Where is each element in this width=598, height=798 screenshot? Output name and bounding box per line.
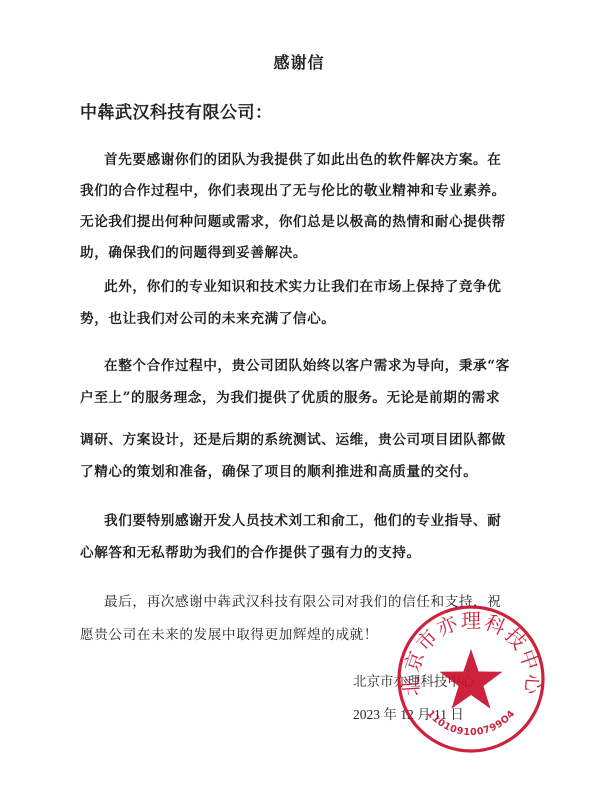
body-line: 首先要感谢你们的团队为我提供了如此出色的软件解决方案。在 bbox=[104, 148, 501, 168]
body-line: 调研、方案设计，还是后期的系统测试、运维，贵公司项目团队都做 bbox=[80, 428, 506, 448]
body-line: 助，确保我们的问题得到妥善解决。 bbox=[80, 241, 307, 261]
signature-organization: 北京市亦理科技中心 bbox=[353, 670, 475, 690]
body-line: 我们的合作过程中，你们表现出了无与伦比的敬业精神和专业素养。 bbox=[80, 179, 506, 199]
body-line: 此外，你们的专业知识和技术实力让我们在市场上保持了竞争优 bbox=[104, 275, 501, 295]
body-line: 在整个合作过程中，贵公司团队始终以客户需求为导向，秉承“客 bbox=[104, 354, 510, 374]
body-line: 心解答和无私帮助为我们的合作提供了强有力的支持。 bbox=[80, 541, 421, 561]
body-line: 势，也让我们对公司的未来充满了信心。 bbox=[80, 307, 336, 327]
body-line: 户至上”的服务理念，为我们提供了优质的服务。无论是前期的需求 bbox=[80, 386, 500, 406]
body-line: 最后，再次感谢中犇武汉科技有限公司对我们的信任和支持，祝 bbox=[104, 590, 501, 610]
letter-title: 感谢信 bbox=[0, 50, 598, 73]
signature-date: 2023 年 12 月 11 日 bbox=[353, 703, 464, 723]
salutation: 中犇武汉科技有限公司： bbox=[80, 98, 273, 123]
body-line: 我们要特别感谢开发人员技术刘工和俞工，他们的专业指导、耐 bbox=[104, 509, 501, 529]
body-line: 无论我们提出何种问题或需求，你们总是以极高的热情和耐心提供帮 bbox=[80, 210, 506, 230]
body-line: 愿贵公司在未来的发展中取得更加辉煌的成就！ bbox=[80, 623, 378, 643]
body-line: 了精心的策划和准备，确保了项目的顺利推进和高质量的交付。 bbox=[80, 460, 477, 480]
